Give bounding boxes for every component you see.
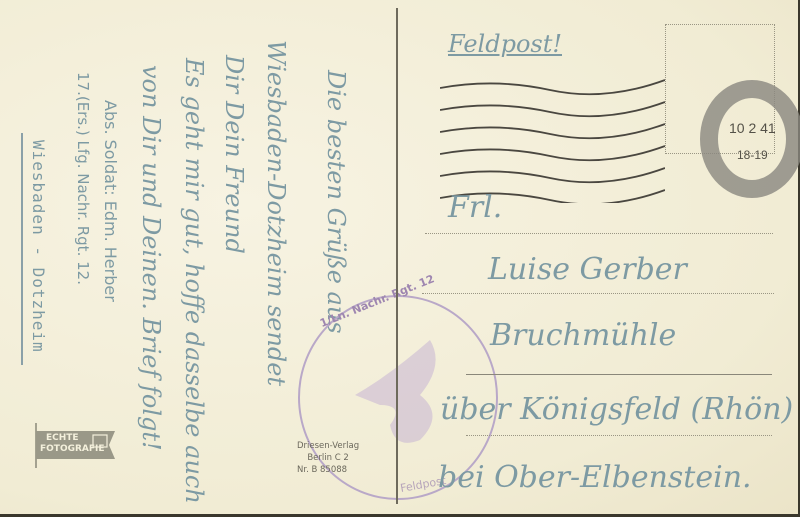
center-divider bbox=[396, 8, 398, 504]
publisher-number: Nr. B 85088 bbox=[297, 464, 359, 476]
message-line-1: Die besten Grüße aus bbox=[322, 70, 350, 334]
message-line-3: Dir Dein Freund bbox=[220, 55, 248, 254]
sender-underline bbox=[21, 133, 23, 365]
message-line-2: Wiesbaden-Dotzheim sendet bbox=[262, 40, 290, 386]
postmark bbox=[700, 80, 800, 198]
publisher-city: Berlin C 2 bbox=[297, 452, 359, 464]
address-line-3 bbox=[466, 374, 772, 375]
address-name: Luise Gerber bbox=[488, 252, 687, 287]
feldpost-header: Feldpost! bbox=[448, 30, 562, 58]
address-city: über Königsfeld (Rhön) bbox=[440, 392, 793, 427]
address-street: Bruchmühle bbox=[490, 318, 676, 353]
postcard: Wiesbaden - Dotzheim 17.(Ers.) Lfg. Nach… bbox=[0, 0, 800, 517]
address-salutation: Frl. bbox=[448, 190, 502, 225]
publisher-name: Driesen-Verlag bbox=[297, 440, 359, 452]
publisher-imprint: Driesen-Verlag Berlin C 2 Nr. B 85088 bbox=[297, 440, 359, 476]
photo-mark-text: ECHTE FOTOGRAFIE bbox=[40, 433, 105, 455]
address-line-4 bbox=[466, 435, 772, 436]
message-line-4: Es geht mir gut, hoffe dasselbe auch bbox=[180, 58, 208, 504]
sender-line-2: 17.(Ers.) Lfg. Nachr. Rgt. 12. bbox=[74, 72, 92, 285]
address-line-2 bbox=[422, 293, 774, 294]
machine-cancel-waves-icon bbox=[440, 78, 665, 203]
photo-mark-line-1: ECHTE bbox=[40, 433, 105, 444]
photo-mark-line-2: FOTOGRAFIE bbox=[40, 444, 105, 455]
address-line-1 bbox=[425, 233, 773, 234]
message-line-5: von Dir und Deinen. Brief folgt! bbox=[137, 65, 165, 451]
postmark-time: 18-19 bbox=[737, 148, 768, 162]
address-region: bei Ober-Elbenstein. bbox=[438, 460, 752, 495]
postmark-date: 10 2 41 bbox=[729, 120, 776, 136]
sender-line-1: Abs. Soldat: Edm. Herber bbox=[101, 100, 120, 302]
sender-line-3: Wiesbaden - Dotzheim bbox=[29, 140, 48, 353]
